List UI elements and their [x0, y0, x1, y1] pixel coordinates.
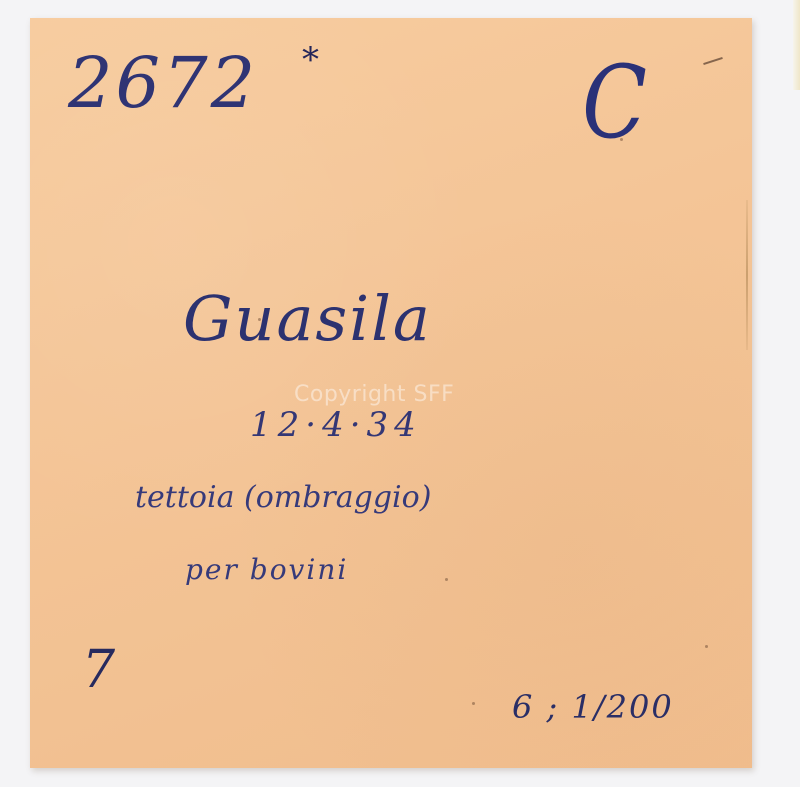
paper-speck: [620, 138, 623, 141]
card-fold-line: [746, 200, 748, 350]
description-line-1: tettoia (ombraggio): [135, 480, 431, 515]
paper-speck: [445, 578, 448, 581]
series-letter: C: [582, 44, 648, 161]
location-title: Guasila: [183, 282, 432, 355]
date: 12·4·34: [250, 405, 422, 445]
catalog-number: 2672: [68, 42, 258, 124]
adjacent-card-edge: [793, 0, 800, 90]
copyright-watermark: Copyright SFF: [294, 382, 454, 407]
paper-speck: [705, 645, 708, 648]
star-mark-icon: *: [302, 40, 319, 80]
description-line-2: per bovini: [185, 553, 348, 586]
paper-speck: [472, 702, 475, 705]
paper-speck: [258, 318, 261, 321]
scale-note: 6 ; 1/200: [512, 688, 674, 726]
sheet-mark: 7: [82, 640, 116, 700]
